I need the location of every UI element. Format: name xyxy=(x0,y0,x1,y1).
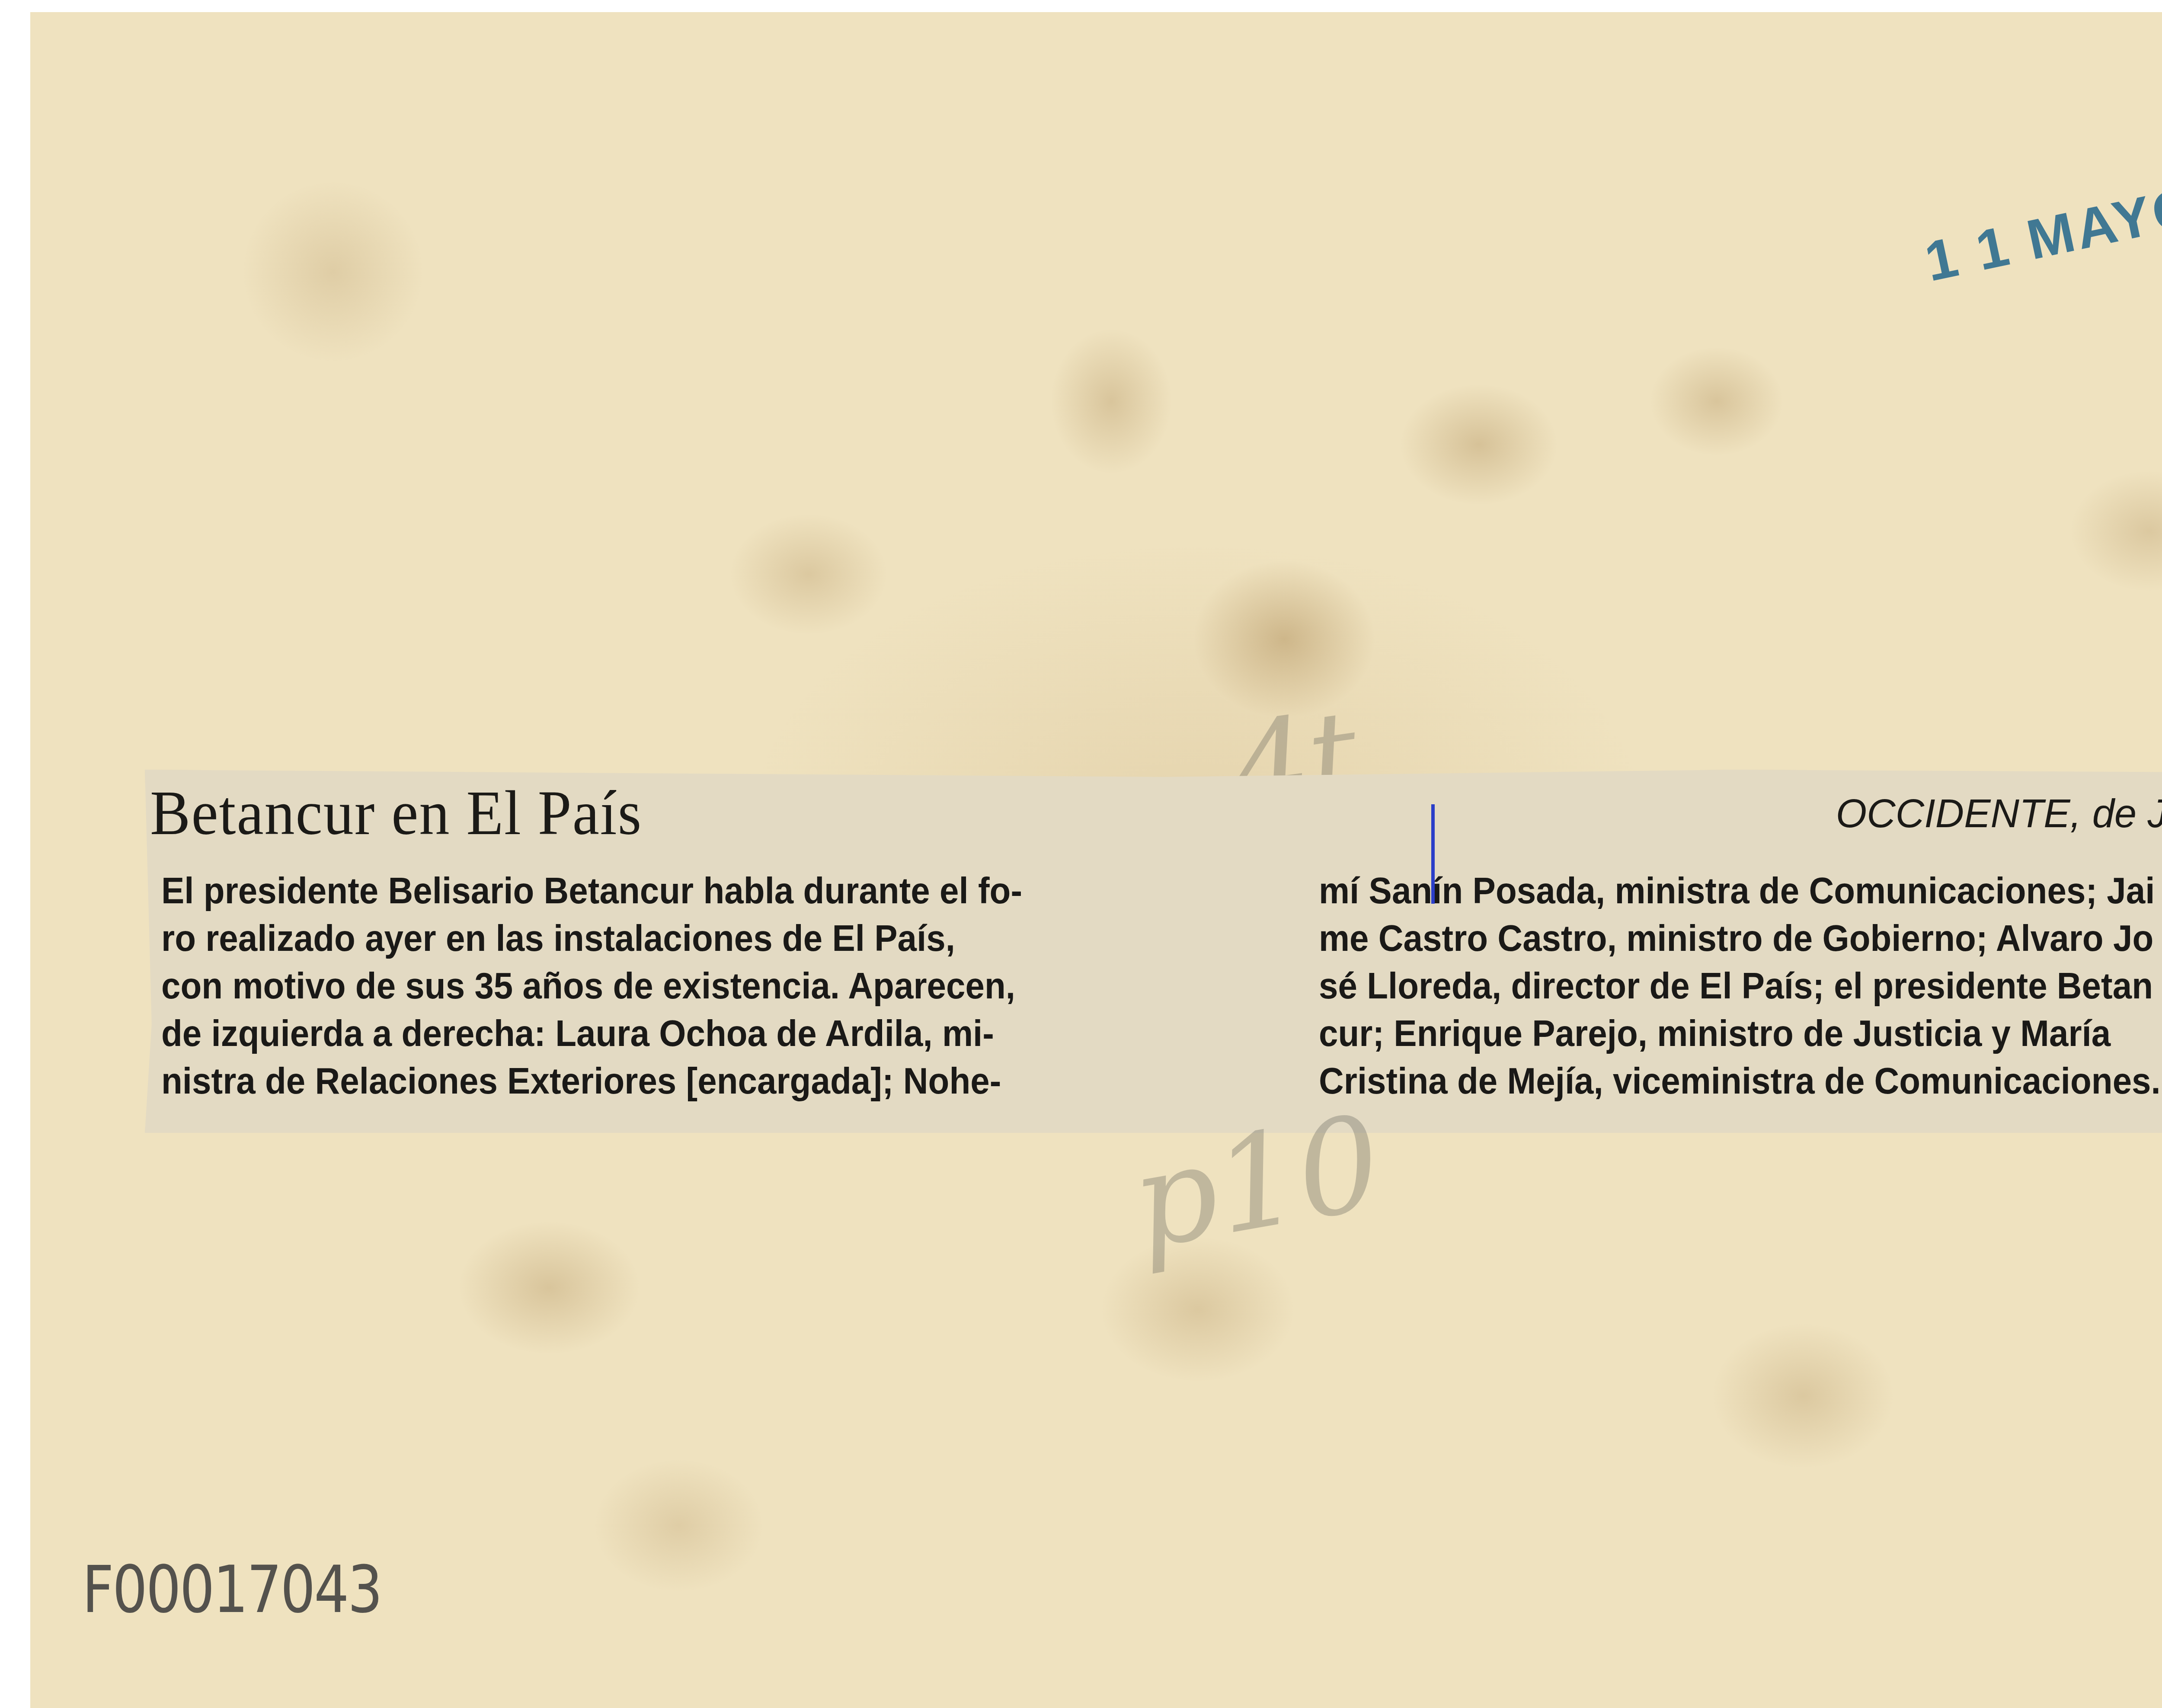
caption-line: Cristina de Mejía, viceministra de Comun… xyxy=(1319,1057,2161,1105)
caption-line: con motivo de sus 35 años de existencia.… xyxy=(161,962,1022,1010)
caption-column-right: mí Sanín Posada, ministra de Comunicacio… xyxy=(1319,867,2161,1105)
caption-line: cur; Enrique Parejo, ministro de Justici… xyxy=(1319,1010,2161,1057)
caption-line: mí Sanín Posada, ministra de Comunicacio… xyxy=(1319,867,2161,915)
caption-line: me Castro Castro, ministro de Gobierno; … xyxy=(1319,915,2161,962)
archive-code: F00017043 xyxy=(82,1552,381,1628)
headline: Betancur en El País xyxy=(150,777,642,850)
caption-line: ro realizado ayer en las instalaciones d… xyxy=(161,915,1022,962)
caption-line: de izquierda a derecha: Laura Ochoa de A… xyxy=(161,1010,1022,1057)
blue-pen-mark xyxy=(1431,804,1435,904)
caption-line: El presidente Belisario Betancur habla d… xyxy=(161,867,1022,915)
caption-line: sé Lloreda, director de El País; el pres… xyxy=(1319,962,2161,1010)
photo-credit: OCCIDENTE, de Julio C. Romer xyxy=(1836,791,2162,837)
newspaper-clipping: Betancur en El País OCCIDENTE, de Julio … xyxy=(145,770,2162,1133)
caption-line: nistra de Relaciones Exteriores [encarga… xyxy=(161,1057,1022,1105)
caption-column-left: El presidente Belisario Betancur habla d… xyxy=(161,867,1022,1105)
